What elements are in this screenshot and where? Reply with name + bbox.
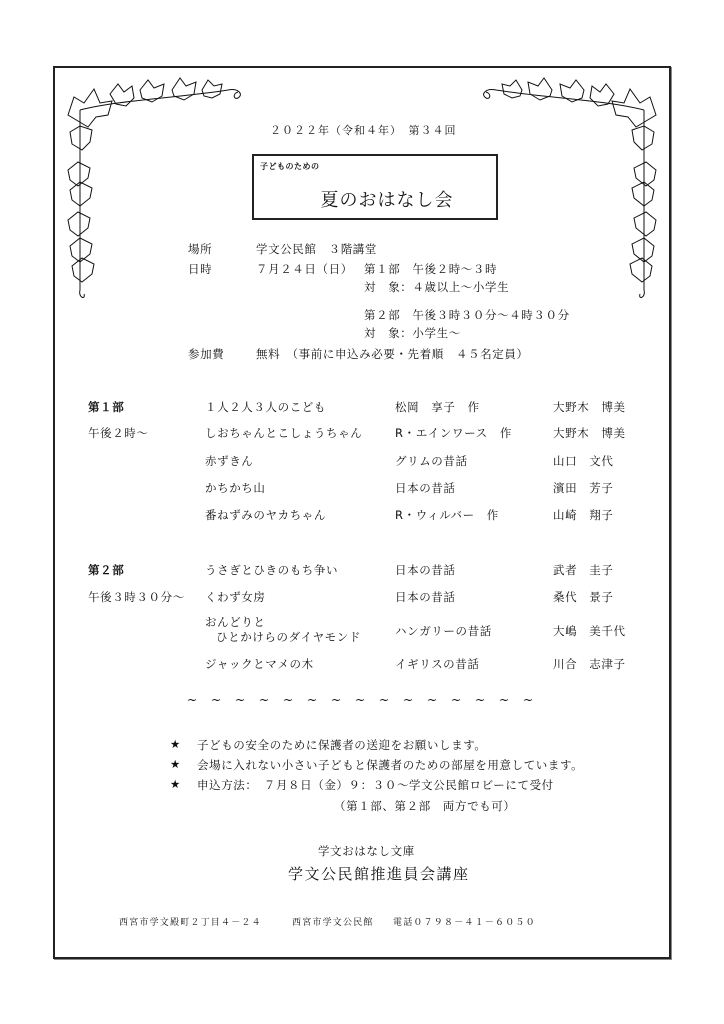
place-label: 場所 [188, 241, 212, 257]
story-title: しおちゃんとこしょうちゃん [205, 425, 362, 441]
event-subtitle: 子どものための [260, 161, 320, 172]
place-value: 学文公民館 ３階講堂 [256, 241, 377, 257]
story-title: 赤ずきん [205, 453, 253, 469]
story-title: うさぎとひきのもち争い [205, 562, 338, 578]
story-title: ジャックとマメの木 [205, 656, 314, 672]
story-title-line2: ひとかけらのダイヤモンド [216, 629, 361, 645]
title-box: 子どものための 夏のおはなし会 [252, 154, 498, 220]
story-reader: 大野木 博美 [553, 425, 626, 441]
date-label: 日時 [188, 261, 212, 277]
story-reader: 大嶋 美千代 [553, 623, 626, 639]
story-source: 松岡 享子 作 [395, 399, 480, 415]
note-sub: （第１部、第２部 両方でも可） [334, 798, 516, 814]
story-title: 番ねずみのヤカちゃん [205, 507, 326, 523]
note-item: 子どもの安全のために保護者の送迎をお願いします。 [197, 737, 486, 753]
ivy-vine-left-icon [58, 70, 258, 310]
fee-label: 参加費 [188, 346, 224, 362]
story-reader: 川合 志津子 [553, 656, 626, 672]
part1-time: 第１部 午後２時～３時 [364, 261, 497, 277]
story-reader: 武者 圭子 [553, 562, 614, 578]
part1-start-time: 午後２時～ [88, 425, 149, 441]
star-icon: ★ [170, 757, 181, 771]
date-value: ７月２４日（日） [256, 261, 353, 277]
story-title-line1: おんどりと [205, 614, 266, 630]
footer-address: 西宮市学文殿町２丁目４－２４ [119, 915, 262, 928]
note-item: 申込方法： ７月８日（金）９：３０～学文公民館ロビーにて受付 [197, 777, 554, 793]
footer-facility: 西宮市学文公民館 [292, 915, 374, 928]
story-source: ハンガリーの昔話 [395, 623, 492, 639]
story-source: イギリスの昔話 [395, 656, 479, 672]
star-icon: ★ [170, 737, 181, 751]
story-reader: 大野木 博美 [553, 399, 626, 415]
organizer-name: 学文公民館推進員会講座 [288, 863, 470, 884]
note-item: 会場に入れない小さい子どもと保護者のための部屋を用意しています。 [197, 757, 583, 773]
footer-phone: 電話０７９８－４１－６０５０ [393, 915, 536, 928]
story-source: 日本の昔話 [395, 480, 456, 496]
part1-label: 第１部 [88, 399, 124, 415]
part2-label: 第２部 [88, 562, 124, 578]
story-title: かちかち山 [205, 480, 266, 496]
story-source: 日本の昔話 [395, 589, 456, 605]
story-reader: 山崎 翔子 [553, 507, 614, 523]
story-title: くわず女房 [205, 589, 266, 605]
event-title: 夏のおはなし会 [254, 186, 496, 212]
tilde-divider: ~~~~~~~~~~~~~~~ [187, 693, 547, 707]
story-source: R・エインワース 作 [395, 425, 512, 441]
story-title: １人２人３人のこども [205, 399, 326, 415]
star-icon: ★ [170, 777, 181, 791]
fee-value: 無料 （事前に申込み必要・先着順 ４５名定員） [256, 346, 529, 362]
part1-target: 対 象：４歳以上～小学生 [364, 279, 509, 295]
part2-time: 第２部 午後３時３０分～４時３０分 [364, 307, 570, 323]
story-reader: 桑代 景子 [553, 589, 614, 605]
story-reader: 濱田 芳子 [553, 480, 614, 496]
story-source: R・ウィルバー 作 [395, 507, 499, 523]
year-edition-line: ２０２２年（令和４年） 第３４回 [270, 122, 457, 138]
story-reader: 山口 文代 [553, 453, 614, 469]
part2-start-time: 午後３時３０分～ [88, 589, 185, 605]
story-source: 日本の昔話 [395, 562, 456, 578]
story-source: グリムの昔話 [395, 453, 468, 469]
library-name: 学文おはなし文庫 [318, 843, 415, 859]
part2-target: 対 象：小学生～ [364, 325, 461, 341]
